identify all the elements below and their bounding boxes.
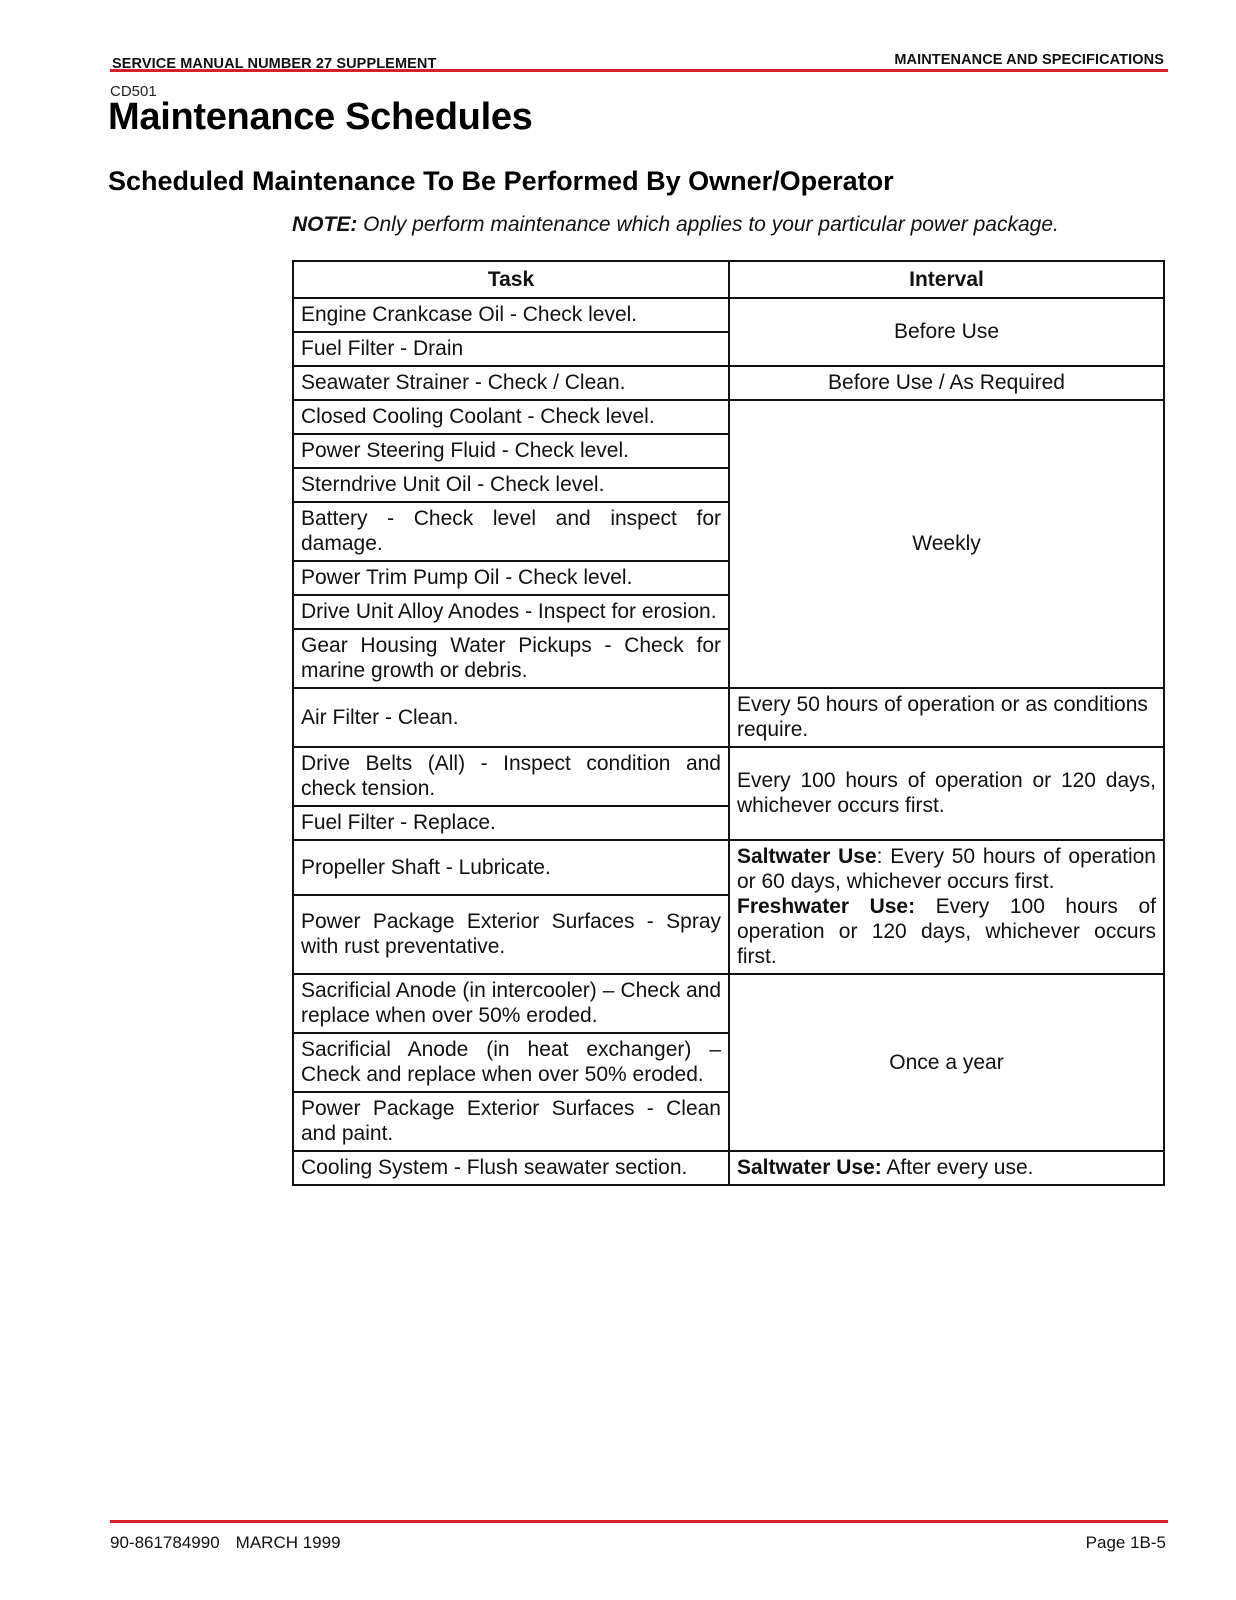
interval-cell: Weekly <box>729 400 1164 688</box>
footer-rule <box>110 1520 1168 1523</box>
table-row: Drive Belts (All) - Inspect condition an… <box>293 747 1164 806</box>
task-cell: Power Steering Fluid - Check level. <box>293 434 729 468</box>
column-header-interval: Interval <box>729 261 1164 298</box>
saltwater-flush-text: After every use. <box>882 1156 1034 1179</box>
task-cell: Gear Housing Water Pickups - Check for m… <box>293 629 729 688</box>
interval-cell: Before Use / As Required <box>729 366 1164 400</box>
task-cell: Power Package Exterior Surfaces - Spray … <box>293 895 729 974</box>
footer-left: 90-861784990MARCH 1999 <box>110 1533 341 1553</box>
task-cell: Closed Cooling Coolant - Check level. <box>293 400 729 434</box>
task-cell: Propeller Shaft - Lubricate. <box>293 840 729 895</box>
table-row: Cooling System - Flush seawater section.… <box>293 1151 1164 1185</box>
header-rule <box>110 69 1168 72</box>
table-row: Seawater Strainer - Check / Clean. Befor… <box>293 366 1164 400</box>
interval-cell: Every 50 hours of operation or as condit… <box>729 688 1164 747</box>
maintenance-schedule-table: Task Interval Engine Crankcase Oil - Che… <box>292 260 1165 1186</box>
table-row: Closed Cooling Coolant - Check level. We… <box>293 400 1164 434</box>
interval-cell-salt-fresh: Saltwater Use: Every 50 hours of operati… <box>729 840 1164 974</box>
task-cell: Battery - Check level and inspect for da… <box>293 502 729 561</box>
saltwater-flush-label: Saltwater Use: <box>737 1156 882 1179</box>
task-cell: Seawater Strainer - Check / Clean. <box>293 366 729 400</box>
task-cell: Air Filter - Clean. <box>293 688 729 747</box>
task-cell: Sterndrive Unit Oil - Check level. <box>293 468 729 502</box>
task-cell: Sacrificial Anode (in intercooler) – Che… <box>293 974 729 1033</box>
interval-cell: Every 100 hours of operation or 120 days… <box>729 747 1164 840</box>
task-cell: Cooling System - Flush seawater section. <box>293 1151 729 1185</box>
publication-date: MARCH 1999 <box>236 1533 341 1552</box>
task-cell: Engine Crankcase Oil - Check level. <box>293 298 729 332</box>
column-header-task: Task <box>293 261 729 298</box>
table-row: Sacrificial Anode (in intercooler) – Che… <box>293 974 1164 1033</box>
note: NOTE: Only perform maintenance which app… <box>292 213 1059 237</box>
note-label: NOTE: <box>292 213 357 236</box>
part-number: 90-861784990 <box>110 1533 220 1552</box>
page-number: Page 1B-5 <box>1086 1533 1166 1553</box>
task-cell: Drive Unit Alloy Anodes - Inspect for er… <box>293 595 729 629</box>
table-header-row: Task Interval <box>293 261 1164 298</box>
interval-cell-saltwater-flush: Saltwater Use: After every use. <box>729 1151 1164 1185</box>
running-header-right: MAINTENANCE AND SPECIFICATIONS <box>894 52 1164 68</box>
task-cell: Power Trim Pump Oil - Check level. <box>293 561 729 595</box>
saltwater-label: Saltwater Use <box>737 845 877 868</box>
interval-cell: Before Use <box>729 298 1164 366</box>
section-title: Scheduled Maintenance To Be Performed By… <box>108 166 894 197</box>
task-cell: Sacrificial Anode (in heat exchanger) – … <box>293 1033 729 1092</box>
page-title: Maintenance Schedules <box>108 96 533 139</box>
note-text: Only perform maintenance which applies t… <box>357 213 1059 236</box>
interval-cell: Once a year <box>729 974 1164 1151</box>
table-row: Engine Crankcase Oil - Check level. Befo… <box>293 298 1164 332</box>
task-cell: Power Package Exterior Surfaces - Clean … <box>293 1092 729 1151</box>
task-cell: Fuel Filter - Replace. <box>293 806 729 840</box>
task-cell: Fuel Filter - Drain <box>293 332 729 366</box>
table-row: Air Filter - Clean. Every 50 hours of op… <box>293 688 1164 747</box>
task-cell: Drive Belts (All) - Inspect condition an… <box>293 747 729 806</box>
freshwater-label: Freshwater Use: <box>737 895 915 918</box>
table-row: Propeller Shaft - Lubricate. Saltwater U… <box>293 840 1164 895</box>
